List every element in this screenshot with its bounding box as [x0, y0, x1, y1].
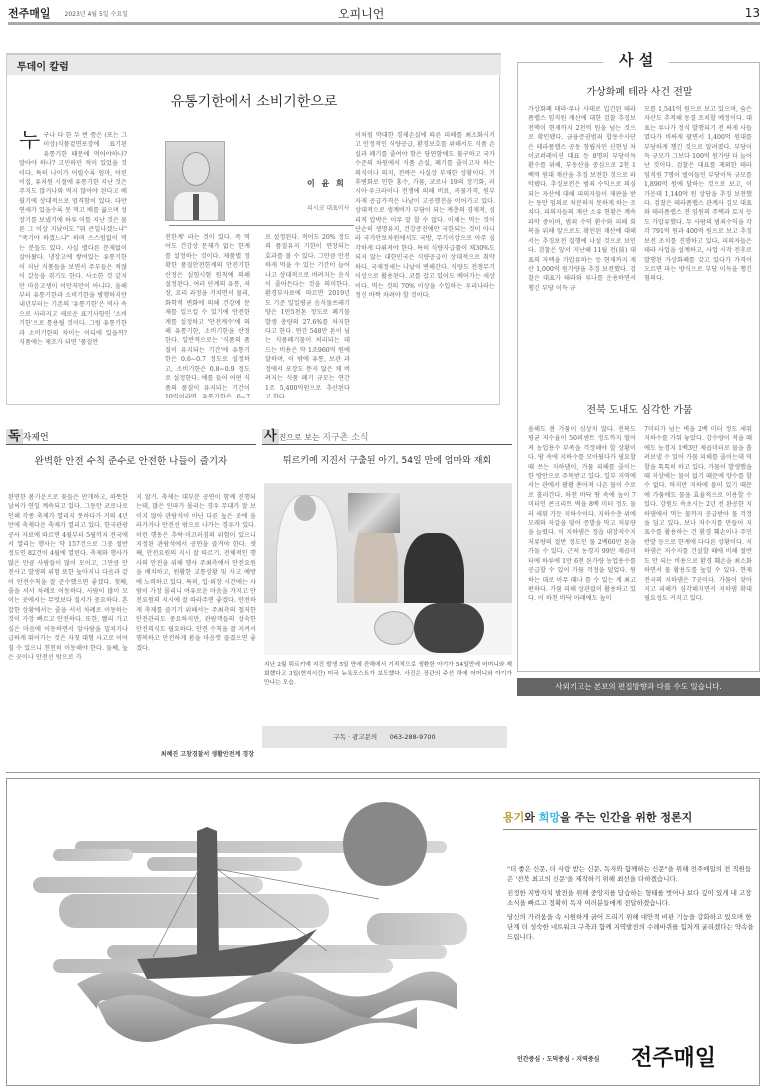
ad-tagline: 인간중심 · 도덕중심 · 지역중심 [517, 1054, 599, 1063]
ad-paragraph-2: 진정한 지방자치 발전을 위해 중앙지를 답습하는 형태를 벗어나 보다 깊이 … [507, 888, 757, 908]
issue-date: 2023년 4월 5일 수요일 [65, 9, 128, 18]
ad-divider [503, 829, 757, 830]
newspaper-logo: 전주매일 [8, 5, 51, 21]
column-text-3: 로 설정된다. 적어도 20% 정도의 품질유지 기한이 연장되는 효과를 볼 … [265, 233, 350, 398]
reader-letter: 독자제언 완벽한 안전 수칙 준수로 안전한 나들이 즐기자 완연한 봄기운으로… [6, 425, 256, 775]
news-photo [264, 483, 512, 655]
section-divider [6, 772, 760, 773]
reader-headline: 완벽한 안전 수칙 준수로 안전한 나들이 즐기자 [6, 453, 256, 467]
editorial-2-text-1: 올해도 봄 가뭄이 심상치 않다. 전북도 평균 저수율이 50퍼센트 정도까지… [528, 425, 636, 665]
subscribe-phone: 063-288-9700 [390, 733, 436, 741]
editorial-1-text-2: 모를 1,541억 원으로 보고 있으며, 숨은 자산도 추적해 동결 조치할 … [644, 105, 752, 385]
editorial-1-text-1: 가상화폐 테라·루나 사태로 입건된 테라폼랩스 임직원 재산에 대한 검찰 추… [528, 105, 636, 385]
subscribe-contact: 구독 · 광고문의 063-288-9700 [262, 726, 507, 748]
today-column: 투데이 칼럼 유통기한에서 소비기한으로 누 구나 다 한 두 번 쯤은 (또는… [6, 53, 500, 405]
editorial-header: 사 설 [603, 49, 669, 70]
column-text-2: 전한계' 라는 것이 있다. 즉 먹어도 건강상 문제가 없는 한계를 설정하는… [165, 233, 250, 398]
ad-paragraph-1: "더 좋은 신문, 더 사랑 받는 신문, 독자와 함께하는 신문"을 위해 전… [507, 864, 757, 884]
dropcap: 누 [19, 131, 40, 151]
author-photo [165, 141, 225, 221]
column-tag: 투데이 칼럼 [7, 53, 501, 75]
page-number: 13 [745, 6, 760, 20]
column-text-1: 누 구나 다 한 두 번 쯤은 (또는 그 이상)식품겉면포장에 표기된 유통기… [19, 131, 127, 401]
subscribe-label: 구독 · 광고문의 [333, 733, 377, 741]
editorial-headline-1: 가상화폐 테라 사건 전말 [518, 83, 761, 98]
reader-text-2: 지 않기. 축제는 대부분 공연이 함께 진행되는데, 많은 인파가 몰리는 경… [136, 493, 256, 743]
photo-news-tag: 사진으로 보는 지구촌 소식 [262, 425, 512, 445]
ad-paragraph-3: 당신의 가려움을 속 시원하게 긁어 드리기 위해 대안적 비판 기능을 강화하… [507, 912, 757, 942]
photo-caption: 지난 2월 튀르키예 지진 발생 5일 만에 잔해에서 기적적으로 생환한 아기… [264, 661, 512, 688]
ad-slogan: 용기와 희망을 주는 인간을 위한 정론지 [503, 809, 692, 825]
editorial-box: 사 설 가상화폐 테라 사건 전말 가상화폐 테라·루나 사태로 입건된 테라폼… [517, 62, 760, 672]
reader-text-1: 완연한 봄기운으로 꽃들은 만개하고, 따뜻한 날씨가 연일 계속되고 있다. … [8, 493, 128, 773]
section-title: 오피니언 [338, 5, 384, 22]
author-title: 피시코 대표이사 [307, 203, 349, 212]
masthead-rule [8, 22, 760, 25]
reader-signature: 최혜진 고창경찰서 생활안전계 경장 [136, 749, 254, 758]
photo-news-headline: 튀르키예 지진서 구출된 아기, 54일 만에 엄마와 재회 [262, 453, 512, 466]
author-name: 이 윤 희 [307, 178, 346, 189]
ad-logo: 전주매일 [631, 1041, 716, 1072]
pen-ship-illustration [7, 779, 467, 1079]
editorial-2-text-2: 7미터가 넘는 벽을 2백 미터 정도 세워 지하수를 가둬 놓았다. 강수량이… [644, 425, 752, 665]
column-text-4: 이처럼 막대한 경제손실에 따른 피해를 최소화시키고 안정적인 식량공급, 환… [355, 131, 495, 401]
disclaimer-banner: 사외기고는 본보의 편집방향과 다를 수도 있습니다. [517, 678, 760, 696]
author-divider [169, 225, 354, 226]
editorial-headline-2: 전북 도내도 심각한 가뭄 [518, 401, 761, 416]
ad-body: "더 좋은 신문, 더 사랑 받는 신문, 독자와 함께하는 신문"을 위해 전… [507, 864, 757, 946]
newspaper-ad: 용기와 희망을 주는 인간을 위한 정론지 "더 좋은 신문, 더 사랑 받는 … [6, 778, 760, 1086]
photo-news: 사진으로 보는 지구촌 소식 튀르키예 지진서 구출된 아기, 54일 만에 엄… [262, 425, 512, 725]
masthead: 전주매일 2023년 4월 5일 수요일 오피니언 13 [8, 4, 760, 22]
reader-tag: 독자제언 [6, 425, 256, 445]
column-headline: 유통기한에서 소비기한으로 [7, 91, 501, 111]
